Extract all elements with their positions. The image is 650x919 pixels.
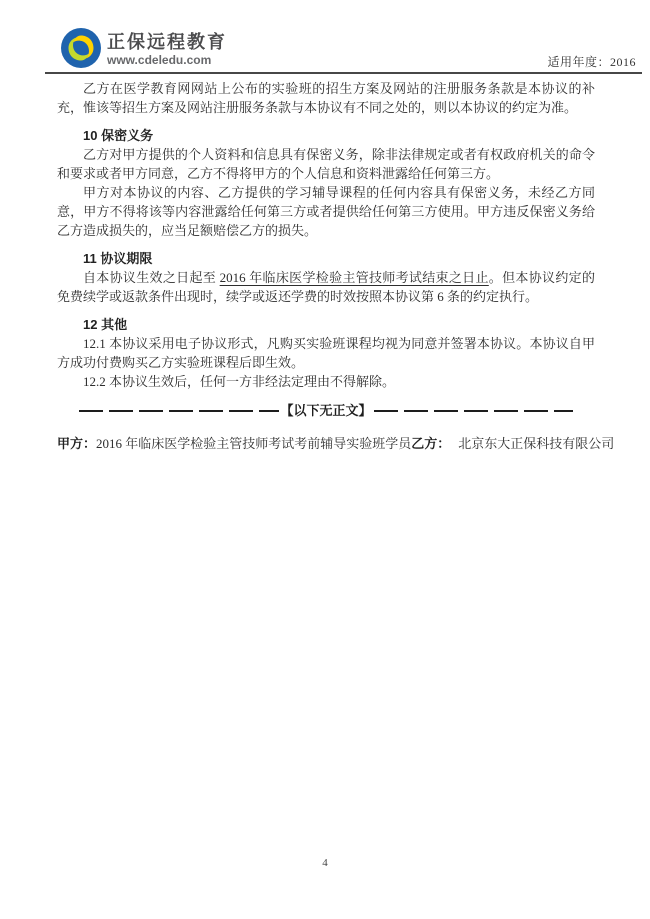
section-12-paragraph-1: 12.1 本协议采用电子协议形式，凡购买实验班课程均视为同意并签署本协议。本协议… xyxy=(57,334,595,372)
end-of-text-divider: 【以下无正文】 xyxy=(57,401,595,420)
brand-name: 正保远程教育 xyxy=(107,31,227,53)
agreement-body: 乙方在医学教育网网站上公布的实验班的招生方案及网站的注册服务条款是本协议的补充，… xyxy=(57,79,595,453)
document-page: 正保远程教育 www.cdeledu.com 适用年度：2016 乙方在医学教育… xyxy=(0,0,650,919)
signature-row: 甲方：2016 年临床医学检验主管技师考试考前辅导实验班学员 乙方：北京东大正保… xyxy=(57,434,595,453)
party-b-line: 乙方：北京东大正保科技有限公司 xyxy=(411,434,614,453)
section-10-paragraph-1: 乙方对甲方提供的个人资料和信息具有保密义务，除非法律规定或者有权政府机关的命令和… xyxy=(57,145,595,183)
party-a-value: 2016 年临床医学检验主管技师考试考前辅导实验班学员 xyxy=(96,436,411,451)
party-a-line: 甲方：2016 年临床医学检验主管技师考试考前辅导实验班学员 xyxy=(57,434,411,453)
brand-url: www.cdeledu.com xyxy=(107,53,227,68)
brand-block: 正保远程教育 www.cdeledu.com xyxy=(107,31,227,68)
section-12-heading: 12 其他 xyxy=(57,315,595,334)
zhengbao-logo-icon xyxy=(61,28,101,68)
divider-dash-left xyxy=(79,410,279,412)
intro-paragraph: 乙方在医学教育网网站上公布的实验班的招生方案及网站的注册服务条款是本协议的补充，… xyxy=(57,79,595,117)
party-b-label: 乙方： xyxy=(411,436,450,451)
section-10-heading: 10 保密义务 xyxy=(57,126,595,145)
section-12-paragraph-2: 12.2 本协议生效后，任何一方非经法定理由不得解除。 xyxy=(57,372,595,391)
applicable-year-label: 适用年度：2016 xyxy=(547,53,636,70)
section-11-heading: 11 协议期限 xyxy=(57,249,595,268)
section-10-paragraph-2: 甲方对本协议的内容、乙方提供的学习辅导课程的任何内容具有保密义务，未经乙方同意，… xyxy=(57,183,595,240)
header-rule xyxy=(45,72,642,74)
section-11-text-prefix: 自本协议生效之日起至 xyxy=(83,270,220,285)
party-a-label: 甲方： xyxy=(57,436,96,451)
divider-dash-right xyxy=(374,410,574,412)
section-11-underlined-term: 2016 年临床医学检验主管技师考试结束之日止 xyxy=(220,270,489,285)
page-number: 4 xyxy=(0,857,650,869)
section-11-paragraph: 自本协议生效之日起至 2016 年临床医学检验主管技师考试结束之日止。但本协议约… xyxy=(57,268,595,306)
end-of-text-marker: 【以下无正文】 xyxy=(279,401,374,420)
party-b-value: 北京东大正保科技有限公司 xyxy=(458,436,614,451)
